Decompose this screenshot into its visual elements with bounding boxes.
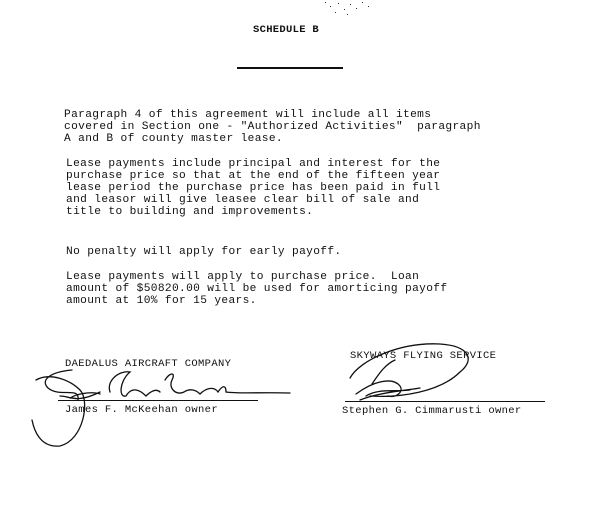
signature-right	[350, 344, 468, 400]
handwritten-signatures	[0, 0, 612, 513]
signature-left	[45, 370, 290, 400]
